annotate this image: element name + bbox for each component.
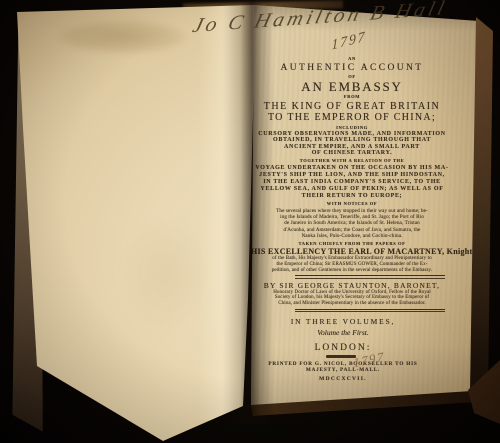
with-notices-line: WITH NOTICES OF <box>251 201 453 207</box>
cursory-line: OBTAINED, IN TRAVELLING THROUGH THAT <box>251 137 453 144</box>
macartney-para-line: of the Bath, His Majesty's Embassador Ex… <box>251 256 453 262</box>
staunton-para-line: China, and Minister Plenipotentiary in t… <box>251 301 453 307</box>
voyage-line: VOYAGE UNDERTAKEN ON THE OCCASION BY HIS… <box>251 165 453 172</box>
title-emperor-of-china: TO THE EMPEROR OF CHINA; <box>251 112 453 124</box>
imprint-block: PRINTED FOR G. NICOL, BOOKSELLER TO HIS … <box>242 361 444 374</box>
title-authentic-account: AUTHENTIC ACCOUNT <box>251 63 453 74</box>
title-king-of-great-britain: THE KING OF GREAT BRITAIN <box>251 101 453 112</box>
page-curve-highlight <box>198 0 246 420</box>
volume-the-first-line: Volume the First. <box>242 328 444 337</box>
title-an-embassy: AN EMBASSY <box>251 80 453 94</box>
author-line: BY SIR GEORGE STAUNTON, BARONET, <box>251 281 453 290</box>
together-with-line: TOGETHER WITH A RELATION OF THE <box>251 158 453 164</box>
macartney-line: HIS EXCELLENCY THE EARL OF MACARTNEY, Kn… <box>251 247 453 256</box>
staunton-paragraph: Honorary Doctor of Laws of the Universit… <box>251 290 453 307</box>
word-an: AN <box>251 56 453 62</box>
voyage-line: JESTY'S SHIP THE LION, AND THE SHIP HIND… <box>251 172 453 179</box>
macartney-para-line: the Emperor of China; Sir ERASMUS GOWER,… <box>251 262 453 268</box>
voyage-line: YELLOW SEA, AND GULF OF PEKIN; AS WELL A… <box>251 186 453 193</box>
london-rule <box>326 355 356 357</box>
macartney-para-line: pedition, and of other Gentlemen in the … <box>251 268 453 274</box>
in-three-volumes-line: IN THREE VOLUMES, <box>242 317 444 326</box>
voyage-line: THEIR RETURN TO EUROPE; <box>251 193 453 200</box>
london-line: LONDON: <box>242 343 444 354</box>
double-rule <box>295 275 445 278</box>
book-photograph: AN AUTHENTIC ACCOUNT OF AN EMBASSY FROM … <box>0 0 500 443</box>
voyage-line: IN THE EAST INDIA COMPANY'S SERVICE, TO … <box>251 179 453 186</box>
taken-chiefly-line: TAKEN CHIEFLY FROM THE PAPERS OF <box>251 241 453 247</box>
places-line: The several places where they stopped in… <box>251 208 453 214</box>
imprint-line: MAJESTY, PALL-MALL. <box>242 367 444 374</box>
cursory-line: OF CHINESE TARTARY. <box>251 150 453 157</box>
cursory-observations-block: CURSORY OBSERVATIONS MADE, AND INFORMATI… <box>251 131 453 157</box>
publication-date-roman: MDCCXCVII. <box>242 376 444 383</box>
places-line: Nanka Isles, Pulo-Condore, and Cochin-ch… <box>251 233 453 239</box>
imprint-line: PRINTED FOR G. NICOL, BOOKSELLER TO HIS <box>242 361 444 368</box>
page-stain <box>120 215 210 335</box>
word-from: FROM <box>251 94 453 100</box>
voyage-block: VOYAGE UNDERTAKEN ON THE OCCASION BY HIS… <box>251 165 453 200</box>
places-paragraph: The several places where they stopped in… <box>251 208 453 240</box>
title-page-text-block: AN AUTHENTIC ACCOUNT OF AN EMBASSY FROM … <box>251 56 453 383</box>
macartney-paragraph: of the Bath, His Majesty's Embassador Ex… <box>251 256 453 273</box>
page-stain <box>58 20 188 54</box>
double-rule <box>295 309 445 312</box>
